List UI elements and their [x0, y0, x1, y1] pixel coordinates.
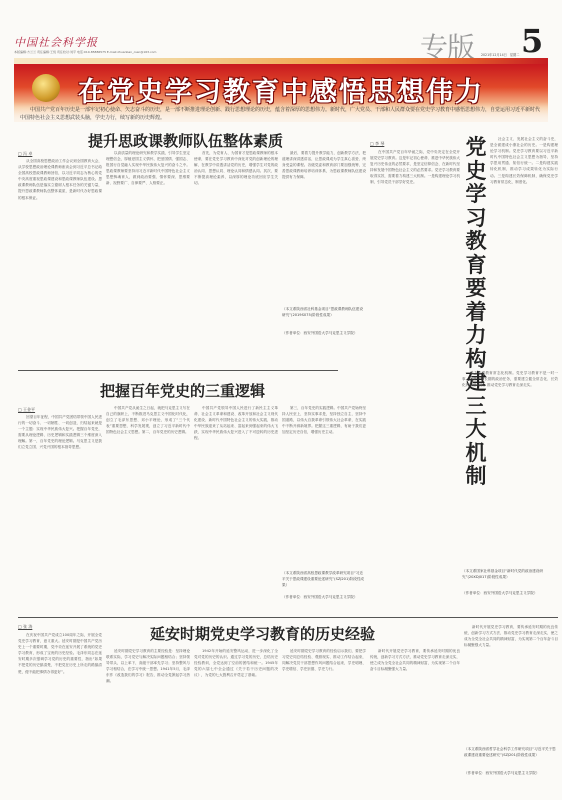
- article-column: 最后，要着力提升教学能力，创新教学方法，把道理讲深讲透讲活，让思政课成为学生真心…: [282, 150, 366, 300]
- newspaper-logo: 中国社会科学报: [14, 34, 98, 50]
- paragraph: 中国共产党从诞生之日起，就把马克思主义写在自己的旗帜上，不断推进马克思主义中国化…: [106, 405, 190, 435]
- article-column: 从全国高校思想政治工作会议到全国教育大会，从学校思想政治理论课教师座谈会到习近平…: [18, 158, 102, 348]
- banner-title: 在党史学习教育中感悟思想伟力: [14, 70, 548, 109]
- paragraph: 第三，百年党史的实践逻辑。中国共产党始终坚持人民至上，坚持实事求是，坚持独立自主…: [282, 405, 366, 435]
- article-column: 回望百年征程，中国共产党团结带领中国人民进行的一切奋斗、一切牺牲、一切创造，归结…: [18, 414, 102, 610]
- paragraph: 社会主义、发展社会主义的奋斗史，是全面建成小康社会的历史。一是构建理论学习机制。…: [490, 136, 558, 185]
- article-column: 延安时期党史学习教育的主要经验是：坚持理论联系实际，学习党史与解决实际问题相结合…: [106, 648, 190, 800]
- editorial-meta: 本版编辑:方兰兰 责任编辑:王悦 责任校对:刘平 电话:010-85886575…: [14, 50, 156, 54]
- article-column: 在庆祝中国共产党成立100周年之际，开展全党党史学习教育，意义重大。延安时期是中…: [18, 632, 102, 800]
- paragraph: 新时代开展党史学习教育，要传承延安时期的优良传统，创新学习方式方法，推动党史学习…: [464, 624, 558, 648]
- funding-note: （本文系陕西省高校思政课教学改革研究项目“习近平关于思政课建设重要论述研究”(S…: [282, 570, 366, 588]
- paragraph: 以高质量的理论研究和教学实践，引导学生坚定理想信念，厚植爱国主义情怀，把爱国情、…: [106, 150, 190, 187]
- article-column: 延安时期党史学习教育的经验启示我们，要把学习党史同总结经验、观照现实、推动工作结…: [282, 648, 366, 800]
- banner-intro: 中国共产党百年历史是一部牢记初心使命、矢志奋斗的历史，是一部不断推进理论创新、践…: [20, 106, 540, 122]
- article-column: 1942年开始的延安整风运动，进一步深化了全党对党的历史的认识。通过学习党的历史…: [194, 648, 278, 800]
- date: 2021年12月14日: [481, 53, 507, 57]
- byline-three-mechanisms: □ 李 琴: [370, 141, 384, 147]
- article-column: 第三，百年党史的实践逻辑。中国共产党始终坚持人民至上，坚持实事求是，坚持独立自主…: [282, 405, 366, 565]
- article-title-three-logics: 把握百年党史的三重逻辑: [100, 380, 265, 401]
- paragraph: 1942年开始的延安整风运动，进一步深化了全党对党的历史的认识。通过学习党的历史…: [194, 648, 278, 678]
- paragraph: 首先，为党育人、为国育才是思政课教师的根本使命，要在党史学习教育中深化对党的创新…: [194, 150, 278, 187]
- author-affiliation: （作者单位：西安外国语大学马克思主义学院）: [282, 594, 366, 600]
- issue-date: 2021年12月14日 星期二: [481, 52, 519, 57]
- masthead: 中国社会科学报 本版编辑:方兰兰 责任编辑:王悦 责任校对:刘平 电话:010-…: [0, 0, 562, 60]
- article-column: 中国共产党领导中国人民进行了新民主主义革命、社会主义革命和建设、改革开放和社会主…: [194, 405, 278, 610]
- paragraph: 延安时期党史学习教育的经验启示我们，要把学习党史同总结经验、观照现实、推动工作结…: [282, 648, 366, 672]
- funding-note: （本文系陕西省哲学社会科学工作研究项目“习近平关于思政课建设重要论述研究”(SZ…: [464, 746, 558, 758]
- paragraph: 延安时期党史学习教育的主要经验是：坚持理论联系实际，学习党史与解决实际问题相结合…: [106, 648, 190, 685]
- byline-yanan: □ 张 涛: [18, 624, 32, 630]
- funding-note: （本文系陕西省社科基金项目“思政课教师队伍建设研究”(2019S075)阶段性成…: [282, 306, 366, 318]
- weekday: 星期二: [510, 53, 520, 57]
- author-affiliation: （作者单位：西安外国语大学马克思主义学院）: [464, 770, 558, 776]
- article-column: 中国共产党从诞生之日起，就把马克思主义写在自己的旗帜上，不断推进马克思主义中国化…: [106, 405, 190, 610]
- author-affiliation: （作者单位：西安外国语大学马克思主义学院）: [282, 330, 366, 336]
- article-title-teachers: 提升思政课教师队伍整体素质: [88, 130, 283, 151]
- article-column: 着力构建教育常态化机制。党史学习教育不是一时一事，而是一项长期的政治任务，需要建…: [462, 370, 558, 510]
- author-affiliation: （作者单位：西安外国语大学马克思主义学院）: [462, 590, 558, 596]
- section-divider: [18, 617, 558, 618]
- paragraph: 在庆祝中国共产党成立100周年之际，开展全党党史学习教育，意义重大。延安时期是中…: [18, 632, 102, 675]
- paragraph: 新时代开展党史学习教育，要传承延安时期的优良传统，创新学习方式方法，推动党史学习…: [370, 648, 460, 672]
- article-column: 以高质量的理论研究和教学实践，引导学生坚定理想信念，厚植爱国主义情怀，把爱国情、…: [106, 150, 190, 348]
- paragraph: 在中国共产党百年华诞之际，党中央决定在全党开展党史学习教育。这是牢记初心使命、推…: [370, 149, 460, 186]
- paragraph: 回望百年征程，中国共产党团结带领中国人民进行的一切奋斗、一切牺牲、一切创造，归结…: [18, 414, 102, 451]
- paragraph: 最后，要着力提升教学能力，创新教学方法，把道理讲深讲透讲活，让思政课成为学生真心…: [282, 150, 366, 180]
- section-divider: [18, 370, 338, 371]
- article-column: 首先，为党育人、为国育才是思政课教师的根本使命，要在党史学习教育中深化对党的创新…: [194, 150, 278, 348]
- article-title-yanan: 延安时期党史学习教育的历史经验: [150, 623, 375, 644]
- paragraph: 着力构建教育常态化机制。党史学习教育不是一时一事，而是一项长期的政治任务，需要建…: [462, 370, 558, 388]
- article-column: 新时代开展党史学习教育，要传承延安时期的优良传统，创新学习方式方法，推动党史学习…: [464, 624, 558, 742]
- funding-note: （本文系国家社科基金项目“新时代党的政治建设研究”(20XDJ017)阶段性成果…: [462, 568, 558, 580]
- article-column: 新时代开展党史学习教育，要传承延安时期的优良传统，创新学习方式方法，推动党史学习…: [370, 648, 460, 800]
- byline-teachers: □ 冯 卓: [18, 151, 32, 157]
- paragraph: 中国共产党领导中国人民进行了新民主主义革命、社会主义革命和建设、改革开放和社会主…: [194, 405, 278, 442]
- article-column: 在中国共产党百年华诞之际，党中央决定在全党开展党史学习教育。这是牢记初心使命、推…: [370, 149, 460, 609]
- byline-three-logics: □ 王金平: [18, 407, 35, 413]
- article-column: 社会主义、发展社会主义的奋斗史，是全面建成小康社会的历史。一是构建理论学习机制。…: [490, 136, 558, 366]
- page-number: 5: [521, 22, 543, 60]
- paragraph: 从全国高校思想政治工作会议到全国教育大会，从学校思想政治理论课教师座谈会到习近平…: [18, 158, 102, 201]
